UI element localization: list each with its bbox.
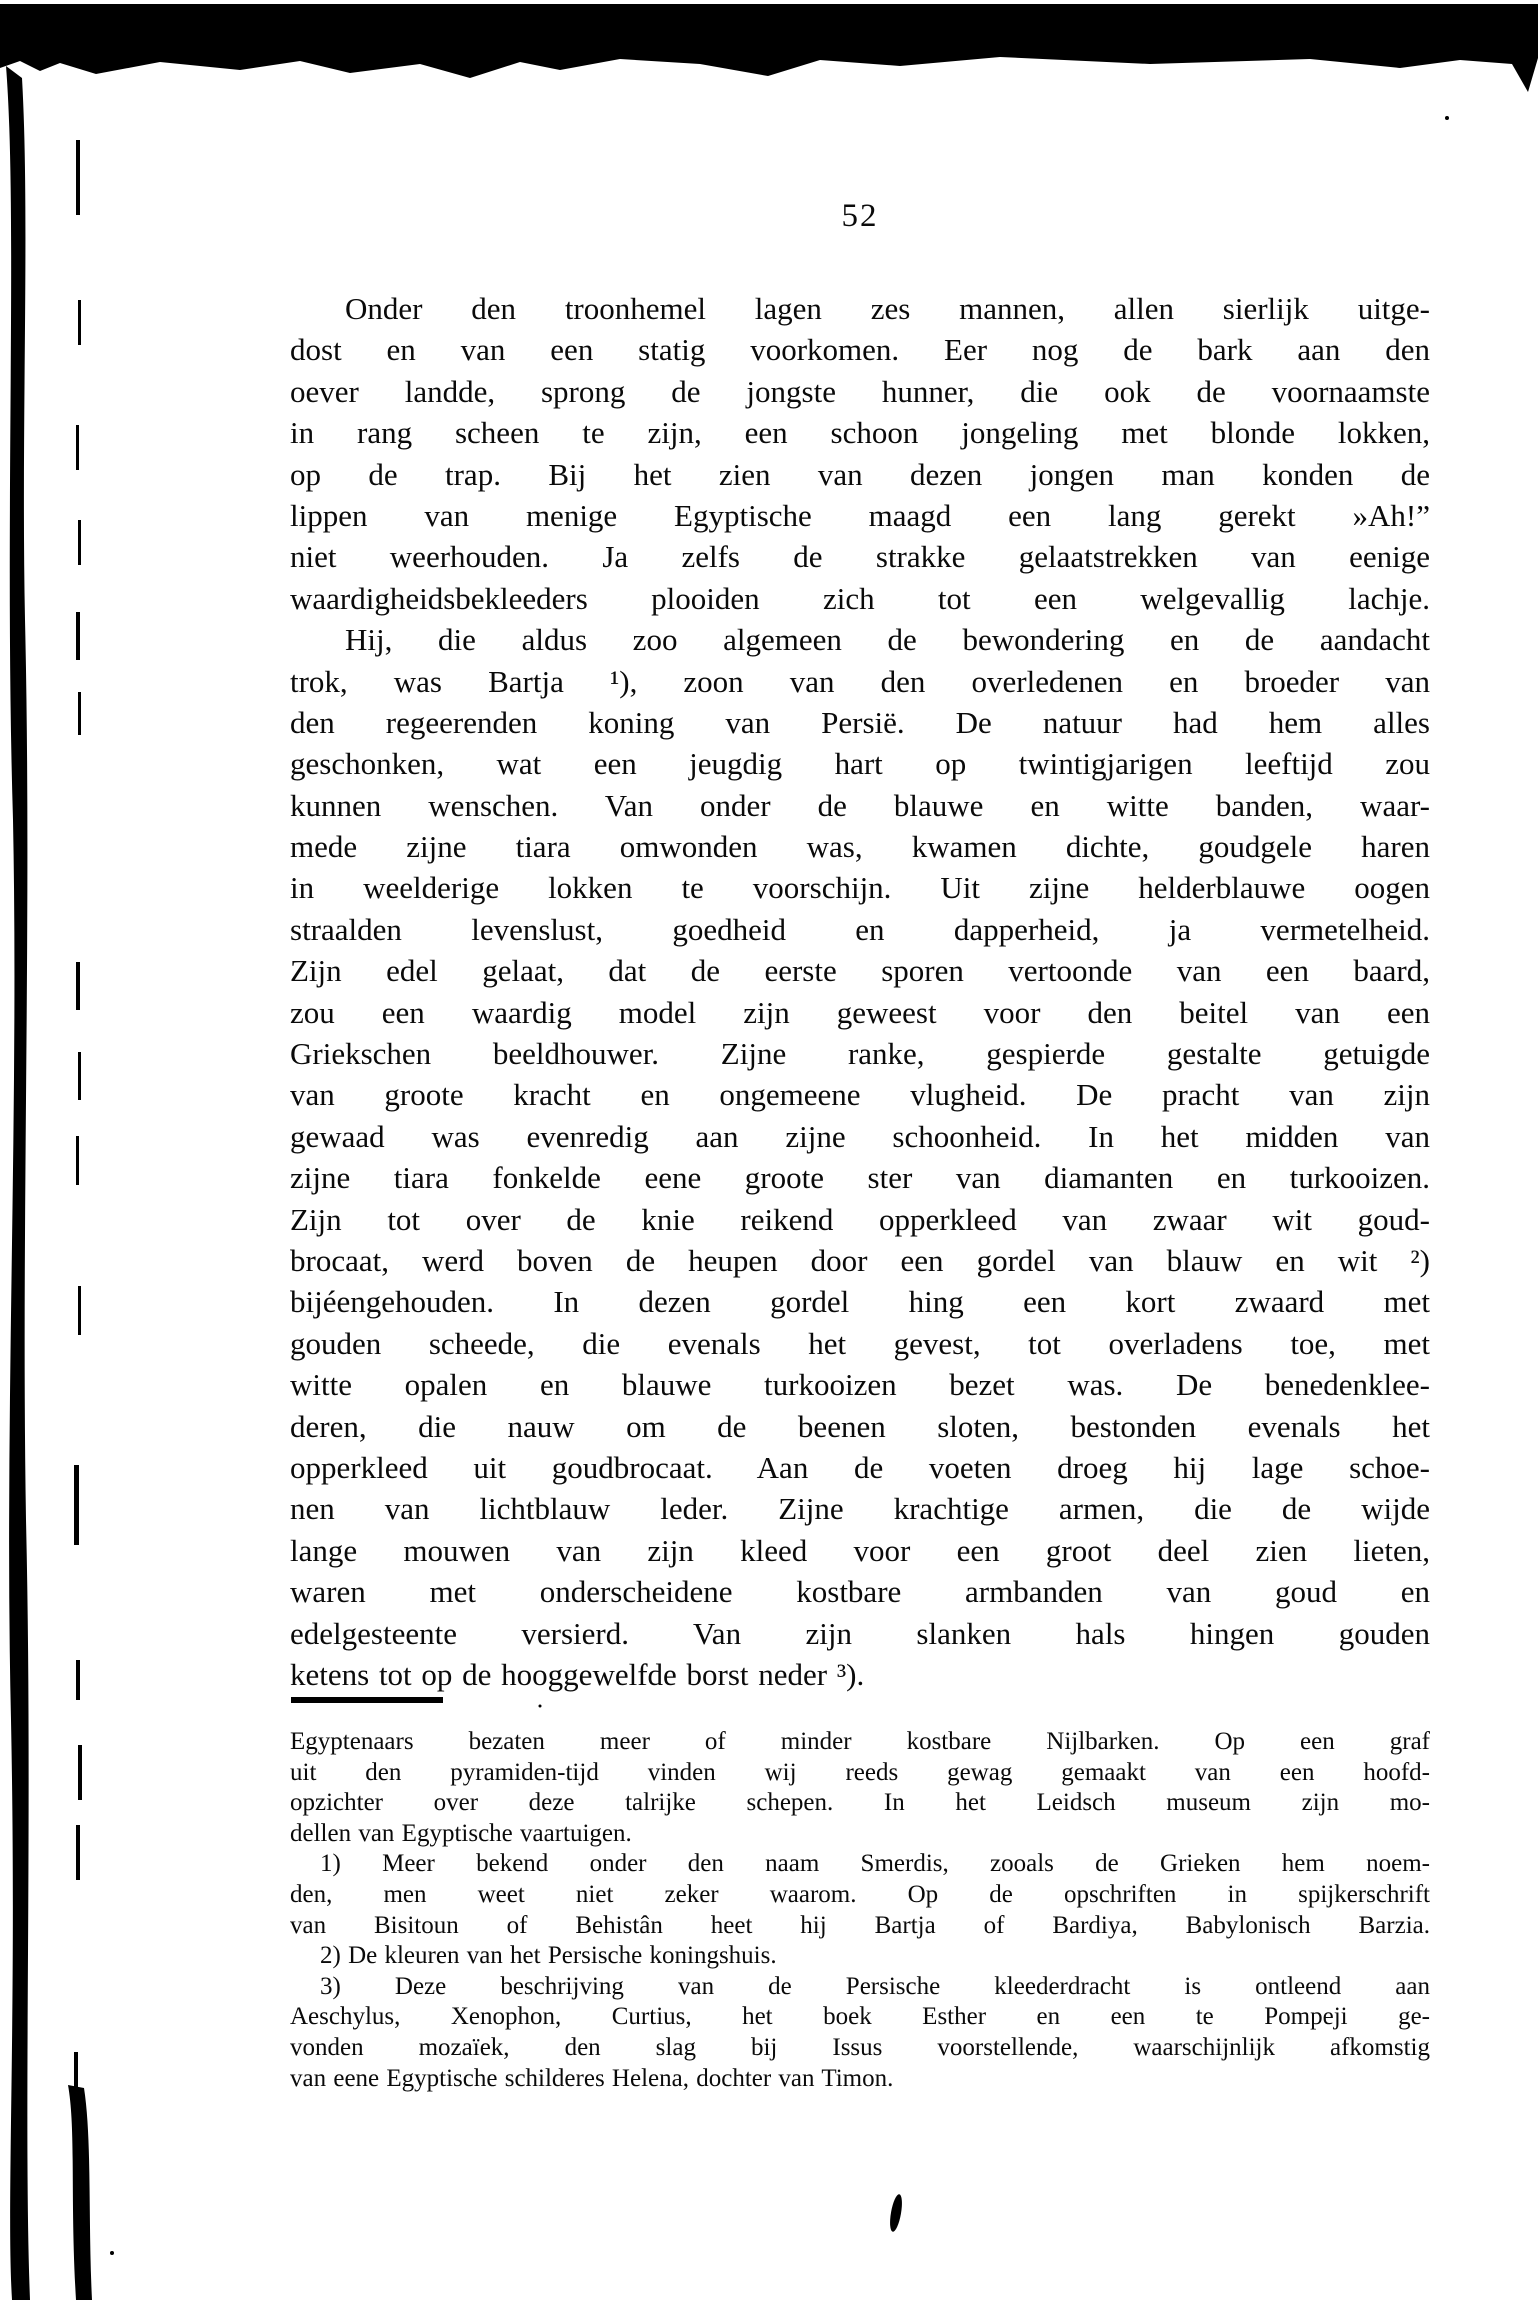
footnote-line: Aeschylus, Xenophon, Curtius, het boek E…: [290, 2002, 1430, 2033]
text-line: in rang scheen te zijn, een schoon jonge…: [290, 412, 1430, 453]
footnote-line: 3) Deze beschrijving van de Persische kl…: [290, 1972, 1430, 2003]
text-line: geschonken, wat een jeugdig hart op twin…: [290, 743, 1430, 784]
scan-top-band: [0, 0, 1538, 110]
footnote-line: 2) De kleuren van het Persische koningsh…: [290, 1941, 1430, 1972]
text-line: straalden levenslust, goedheid en dapper…: [290, 909, 1430, 950]
text-line: Griekschen beeldhouwer. Zijne ranke, ges…: [290, 1033, 1430, 1074]
footnote-line: 1) Meer bekend onder den naam Smerdis, z…: [290, 1849, 1430, 1880]
text-line: lippen van menige Egyptische maagd een l…: [290, 495, 1430, 536]
text-line: deren, die nauw om de beenen sloten, bes…: [290, 1406, 1430, 1447]
text-line: gouden scheede, die evenals het gevest, …: [290, 1323, 1430, 1364]
footnote-line: den, men weet niet zeker waarom. Op de o…: [290, 1880, 1430, 1911]
text-line: ketens tot op de hooggewelfde borst nede…: [290, 1654, 1430, 1695]
text-line: den regeerenden koning van Persië. De na…: [290, 702, 1430, 743]
text-line: nen van lichtblauw leder. Zijne krachtig…: [290, 1488, 1430, 1529]
text-line: oever landde, sprong de jongste hunner, …: [290, 371, 1430, 412]
footnote-line: dellen van Egyptische vaartuigen.: [290, 1819, 1430, 1850]
text-line: op de trap. Bij het zien van dezen jonge…: [290, 454, 1430, 495]
footnote-line: vonden mozaïek, den slag bij Issus voors…: [290, 2033, 1430, 2064]
scanned-book-page: 52 Onder den troonhemel lagen zes mannen…: [0, 0, 1538, 2310]
text-line: waren met onderscheidene kostbare armban…: [290, 1571, 1430, 1612]
text-line: trok, was Bartja ¹), zoon van den overle…: [290, 661, 1430, 702]
scan-speck: [1445, 116, 1449, 120]
footnote-line: opzichter over deze talrijke schepen. In…: [290, 1788, 1430, 1819]
text-line: niet weerhouden. Ja zelfs de strakke gel…: [290, 536, 1430, 577]
footnote-line: van eene Egyptische schilderes Helena, d…: [290, 2064, 1430, 2095]
scan-speck: [539, 1705, 542, 1708]
footnote-line: van Bisitoun of Behistân heet hij Bartja…: [290, 1911, 1430, 1942]
text-line: dost en van een statig voorkomen. Eer no…: [290, 329, 1430, 370]
text-line: Zijn edel gelaat, dat de eerste sporen v…: [290, 950, 1430, 991]
text-line: mede zijne tiara omwonden was, kwamen di…: [290, 826, 1430, 867]
text-line: Hij, die aldus zoo algemeen de bewonderi…: [290, 619, 1430, 660]
footnote-line: uit den pyramiden-tijd vinden wij reeds …: [290, 1758, 1430, 1789]
text-line: lange mouwen van zijn kleed voor een gro…: [290, 1530, 1430, 1571]
footnotes-block: Egyptenaars bezaten meer of minder kostb…: [290, 1727, 1430, 2094]
text-line: waardigheidsbekleeders plooiden zich tot…: [290, 578, 1430, 619]
footnote-line: Egyptenaars bezaten meer of minder kostb…: [290, 1727, 1430, 1758]
text-line: Zijn tot over de knie reikend opperkleed…: [290, 1199, 1430, 1240]
text-line: Onder den troonhemel lagen zes mannen, a…: [290, 288, 1430, 329]
main-text-block: Onder den troonhemel lagen zes mannen, a…: [290, 288, 1430, 1695]
text-line: bijéengehouden. In dezen gordel hing een…: [290, 1281, 1430, 1322]
text-line: witte opalen en blauwe turkooizen bezet …: [290, 1364, 1430, 1405]
text-line: in weelderige lokken te voorschijn. Uit …: [290, 867, 1430, 908]
text-line: opperkleed uit goudbrocaat. Aan de voete…: [290, 1447, 1430, 1488]
text-line: brocaat, werd boven de heupen door een g…: [290, 1240, 1430, 1281]
text-line: edelgesteente versierd. Van zijn slanken…: [290, 1613, 1430, 1654]
scan-gutter-shadow: [0, 0, 120, 2310]
text-line: zou een waardig model zijn geweest voor …: [290, 992, 1430, 1033]
text-line: zijne tiara fonkelde eene groote ster va…: [290, 1157, 1430, 1198]
text-line: kunnen wenschen. Van onder de blauwe en …: [290, 785, 1430, 826]
ink-comma-mark: [888, 2193, 904, 2232]
page-number: 52: [290, 198, 1430, 235]
footnote-separator-rule: [291, 1697, 443, 1703]
text-line: gewaad was evenredig aan zijne schoonhei…: [290, 1116, 1430, 1157]
text-line: van groote kracht en ongemeene vlugheid.…: [290, 1074, 1430, 1115]
